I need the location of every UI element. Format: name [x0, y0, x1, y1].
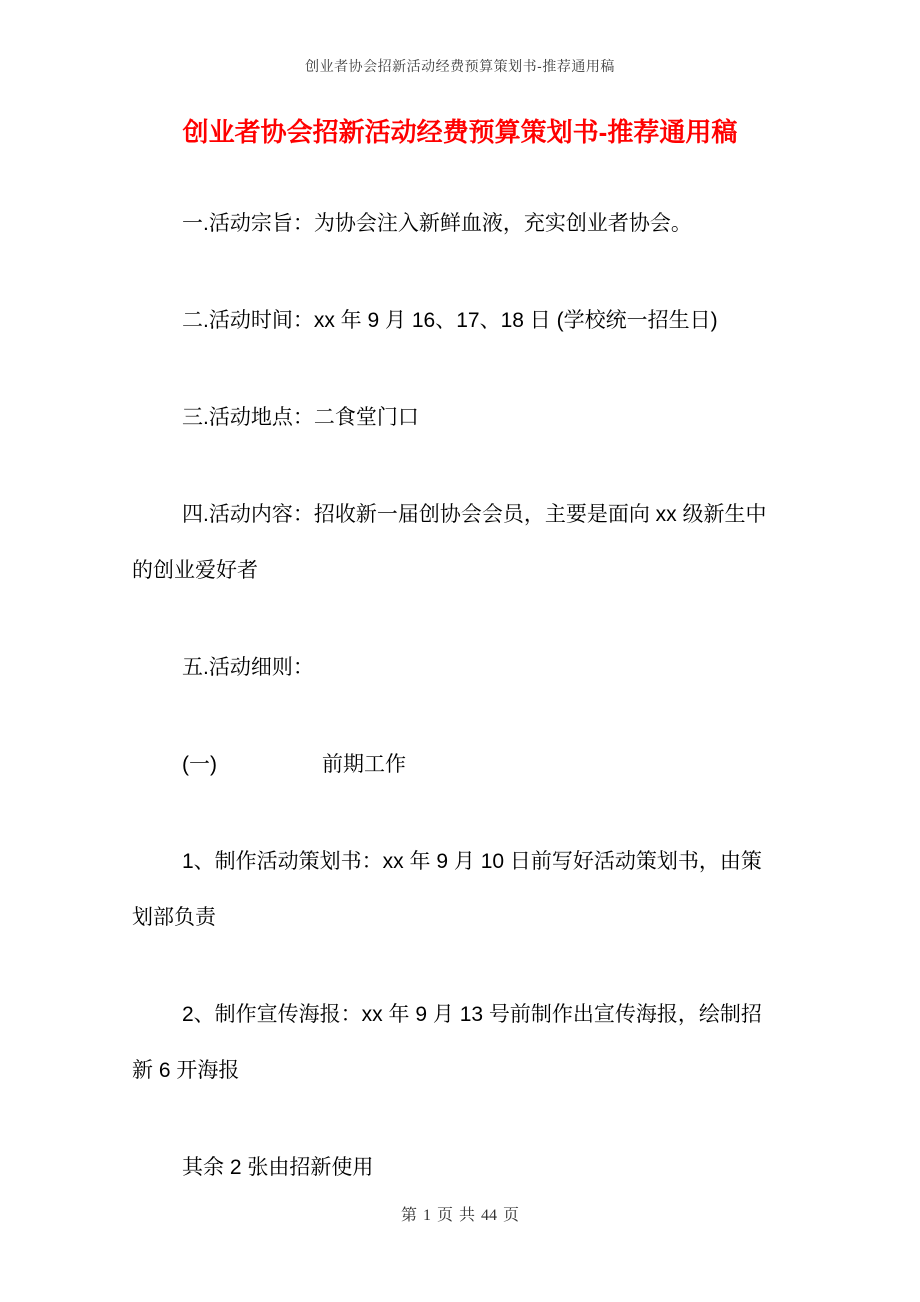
page-number-footer: 第 1 页 共 44 页 — [0, 1203, 920, 1229]
paragraph-item-plan-book: 1、制作活动策划书：xx 年 9 月 10 日前写好活动策划书，由策 划部负责 — [132, 834, 832, 946]
paragraph-activity-content: 四.活动内容：招收新一届创协会会员，主要是面向 xx 级新生中 的创业爱好者 — [132, 487, 832, 599]
document-title: 创业者协会招新活动经费预算策划书-推荐通用稿 — [0, 118, 920, 148]
document-header-text: 创业者协会招新活动经费预算策划书-推荐通用稿 — [0, 57, 920, 77]
paragraph-item-poster: 2、制作宣传海报：xx 年 9 月 13 号前制作出宣传海报，绘制招 新 6 开… — [132, 987, 832, 1099]
paragraph-section-early-work: (一) 前期工作 — [132, 737, 832, 793]
paragraph-activity-rules: 五.活动细则： — [132, 640, 832, 696]
paragraph-activity-purpose: 一.活动宗旨：为协会注入新鲜血液，充实创业者协会。 — [132, 196, 832, 252]
document-body: 一.活动宗旨：为协会注入新鲜血液，充实创业者协会。 二.活动时间：xx 年 9 … — [132, 196, 832, 1237]
paragraph-activity-time: 二.活动时间：xx 年 9 月 16、17、18 日 (学校统一招生日) — [132, 293, 832, 349]
paragraph-item-remaining-posters: 其余 2 张由招新使用 — [132, 1140, 832, 1196]
paragraph-activity-location: 三.活动地点：二食堂门口 — [132, 390, 832, 446]
document-page: 创业者协会招新活动经费预算策划书-推荐通用稿 创业者协会招新活动经费预算策划书-… — [0, 0, 920, 1302]
